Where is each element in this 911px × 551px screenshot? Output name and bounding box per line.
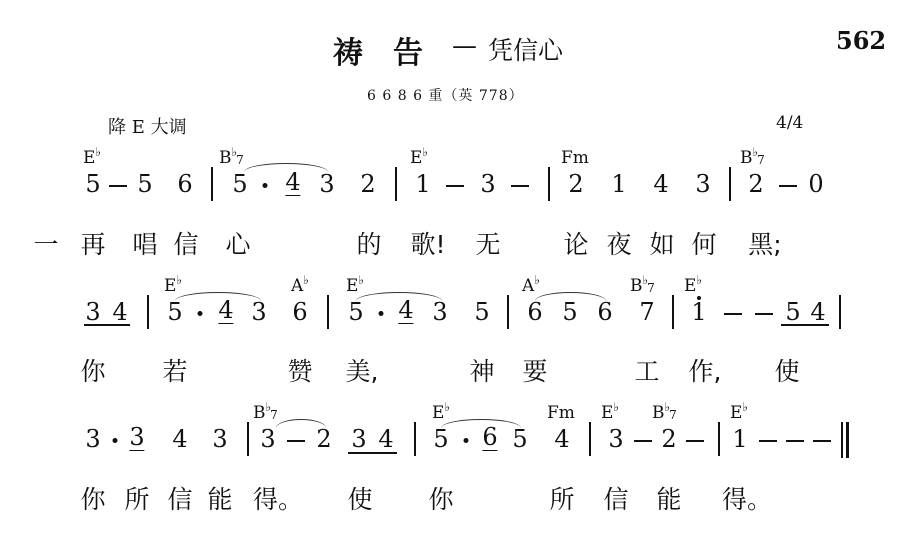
lyric: 如 [649, 225, 674, 261]
chord-symbol: E♭ [164, 273, 182, 296]
lyric: 赞 [287, 352, 312, 388]
lyric: 工 [634, 352, 659, 388]
note: 3 [351, 425, 366, 453]
chord-symbol: Fm [561, 148, 589, 168]
lyric: 能 [656, 480, 681, 516]
chord-symbol: E♭ [601, 400, 619, 423]
note: 4 [653, 170, 668, 198]
note: 6 [177, 170, 192, 198]
dash-extension [634, 440, 652, 442]
chord-symbol: B♭7 [652, 400, 677, 423]
underline-beam [84, 324, 130, 326]
note: 3 [85, 298, 100, 326]
note: 5 [785, 298, 800, 326]
note: 2 [360, 170, 375, 198]
dash-extension [287, 440, 305, 442]
note: 4 [378, 425, 393, 453]
note: 1 [415, 170, 430, 198]
title-dash: — [452, 31, 477, 60]
key-signature: 降 E 大调 [108, 113, 187, 139]
barline [147, 295, 149, 329]
note: 3 [608, 425, 623, 453]
note: 2 [661, 425, 676, 453]
hymn-number: 562 [836, 26, 886, 55]
note: 3 [260, 425, 275, 453]
barline [395, 167, 397, 201]
note: 6 [292, 298, 307, 326]
augmentation-dot [113, 438, 118, 443]
lyric: 能 [207, 480, 232, 516]
note-underlined: 4 [398, 298, 413, 324]
underline-beam [781, 324, 829, 326]
lyric: 美, [346, 352, 379, 388]
chord-symbol: B♭7 [630, 273, 655, 296]
note: 5 [232, 170, 247, 198]
note: 3 [432, 298, 447, 326]
note: 3 [695, 170, 710, 198]
note: 4 [810, 298, 825, 326]
lyric: 何 [691, 225, 716, 261]
meter-info: 6 6 8 6 重（英 778） [367, 85, 524, 105]
note: 4 [554, 425, 569, 453]
barline [548, 167, 550, 201]
note: 5 [562, 298, 577, 326]
lyric: 你 [80, 480, 105, 516]
note: 7 [639, 298, 654, 326]
lyric: 作, [689, 352, 722, 388]
lyric: 夜 [606, 225, 631, 261]
augmentation-dot [198, 311, 203, 316]
note: 3 [85, 425, 100, 453]
dash-extension [511, 185, 529, 187]
lyric: 信 [603, 480, 628, 516]
lyric: 所 [124, 480, 149, 516]
note: 3 [251, 298, 266, 326]
augmentation-dot [379, 311, 384, 316]
chord-symbol: B♭7 [253, 400, 278, 423]
chord-symbol: E♭ [432, 400, 450, 423]
barline [507, 295, 509, 329]
barline [211, 167, 213, 201]
note: 3 [480, 170, 495, 198]
lyric: 使 [774, 352, 799, 388]
lyric: 要 [522, 352, 547, 388]
barline [414, 422, 416, 456]
note: 5 [433, 425, 448, 453]
note: 1 [732, 425, 747, 453]
barline [839, 295, 841, 329]
lyric: 使 [347, 480, 372, 516]
note: 5 [167, 298, 182, 326]
barline [589, 422, 591, 456]
lyric: 歌! [410, 225, 445, 261]
final-barline-thin [841, 422, 843, 458]
lyric: 信 [167, 480, 192, 516]
note: 4 [112, 298, 127, 326]
note-underlined: 4 [218, 298, 233, 324]
lyric: 的 [356, 225, 381, 261]
note: 2 [316, 425, 331, 453]
lyric: 心 [225, 225, 250, 261]
underline-beam [348, 452, 397, 454]
note: 2 [568, 170, 583, 198]
note: 1 [611, 170, 626, 198]
note-high-octave: 1 [691, 298, 706, 326]
barline [718, 422, 720, 456]
barline [729, 167, 731, 201]
chord-symbol: Fm [547, 403, 575, 423]
dash-extension [813, 440, 831, 442]
lyric: 无 [475, 225, 500, 261]
slur [441, 419, 521, 428]
note-underlined: 4 [285, 170, 300, 196]
time-signature: 4/4 [776, 113, 803, 133]
dash-extension [724, 313, 742, 315]
lyric: 你 [80, 352, 105, 388]
chord-symbol: A♭ [522, 273, 540, 296]
note: 5 [512, 425, 527, 453]
lyric: 神 [469, 352, 494, 388]
lyric: 若 [162, 352, 187, 388]
barline [672, 295, 674, 329]
barline [327, 295, 329, 329]
lyric: 你 [428, 480, 453, 516]
note: 2 [748, 170, 763, 198]
lyric: 得。 [722, 480, 772, 516]
note: 0 [808, 170, 823, 198]
lyric: 唱 [132, 225, 157, 261]
note-underlined: 6 [482, 425, 497, 451]
note: 5 [137, 170, 152, 198]
lyric: 信 [173, 225, 198, 261]
chord-symbol: B♭7 [219, 145, 244, 168]
lyric: 论 [563, 225, 588, 261]
hymn-subtitle: 凭信心 [488, 31, 563, 67]
note: 5 [474, 298, 489, 326]
note: 4 [172, 425, 187, 453]
chord-symbol: E♭ [684, 273, 702, 296]
dash-extension [786, 440, 804, 442]
dash-extension [109, 185, 127, 187]
note: 3 [212, 425, 227, 453]
lyric: 所 [549, 480, 574, 516]
chord-symbol: E♭ [83, 145, 101, 168]
augmentation-dot [464, 438, 469, 443]
chord-symbol: E♭ [410, 145, 428, 168]
lyric: 得。 [253, 480, 303, 516]
chord-symbol: E♭ [730, 400, 748, 423]
dash-extension [686, 440, 704, 442]
dash-extension [446, 185, 464, 187]
lyric: 再 [80, 225, 105, 261]
note: 6 [527, 298, 542, 326]
dash-extension [755, 313, 773, 315]
chord-symbol: E♭ [346, 273, 364, 296]
lyric: 一 [33, 225, 58, 261]
chord-symbol: A♭ [291, 273, 309, 296]
hymn-title: 祷 告 [333, 28, 423, 72]
chord-symbol: B♭7 [740, 145, 765, 168]
note: 3 [319, 170, 334, 198]
note: 5 [348, 298, 363, 326]
barline [247, 422, 249, 456]
note-underlined: 3 [129, 425, 144, 451]
final-barline-thick [846, 422, 849, 458]
note: 6 [597, 298, 612, 326]
lyric: 黑; [748, 225, 781, 261]
augmentation-dot [263, 183, 268, 188]
dash-extension [759, 440, 777, 442]
dash-extension [779, 185, 797, 187]
note: 5 [85, 170, 100, 198]
